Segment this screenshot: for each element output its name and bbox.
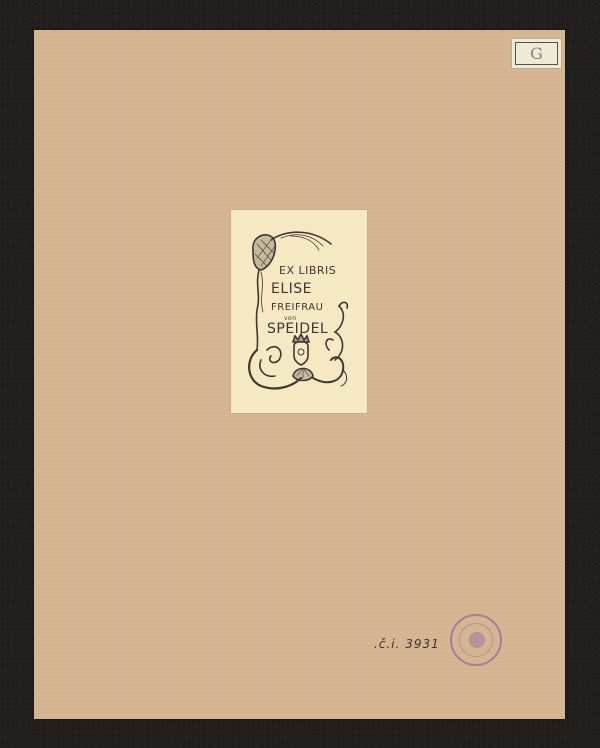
mount-card: G (34, 30, 565, 719)
catalog-label-frame: G (515, 42, 558, 65)
bookplate-ex-libris: EX LIBRIS (279, 264, 336, 277)
stamp-inner-ring (459, 623, 493, 657)
bookplate: EX LIBRIS ELISE FREIFRAU von SPEIDEL (231, 210, 367, 413)
catalog-letter: G (530, 46, 543, 62)
bookplate-surname: SPEIDEL (267, 321, 328, 337)
inventory-number: .č.i. 3931 (374, 637, 440, 651)
catalog-label: G (511, 38, 562, 69)
bookplate-title: FREIFRAU (271, 302, 323, 313)
stamp-emblem-icon (469, 632, 485, 648)
institution-stamp-icon (450, 614, 502, 666)
bookplate-first-name: ELISE (271, 281, 312, 297)
